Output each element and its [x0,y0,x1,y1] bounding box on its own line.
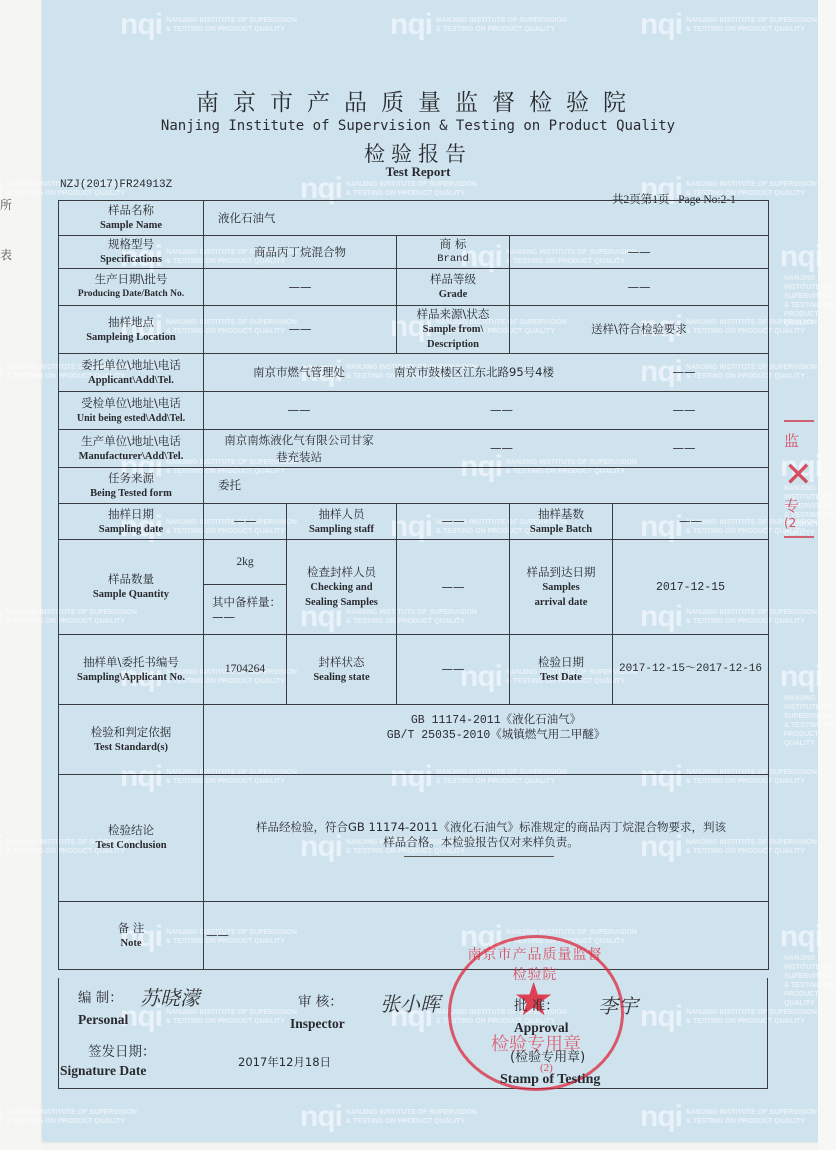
conclusion-underline [404,850,554,857]
value-brand: —— [510,236,769,269]
applicant-address: 南京市鼓楼区江东北路95号4楼 [394,365,609,380]
approval-block: 批 准： Approval [514,994,569,1036]
value-sampling-staff: —— [397,504,510,540]
value-producing-date: —— [204,269,397,306]
manufacturer-unit-line1: 南京南炼液化气有限公司甘家 [204,432,394,449]
value-sampling-date: —— [204,504,287,540]
label-arrival-date: 样品到达日期Samplesarrival date [510,540,613,635]
signature-date-label-en: Signature Date [60,1063,146,1079]
value-sample-name: 液化石油气 [204,201,769,236]
label-applicant: 委托单位\地址\电话Applicant\Add\Tel. [59,354,204,392]
row-sampling-location: 抽样地点Sampleing Location —— 样品来源\状态Sample … [59,306,769,354]
row-conclusion: 检验结论Test Conclusion 样品经检验，符合GB 11174-201… [59,775,769,902]
row-sample-quantity: 样品数量Sample Quantity 2kg 检查封样人员Checking a… [59,540,769,585]
value-sample-from: 送样\符合检验要求 [510,306,769,354]
sig-border-left [58,978,59,1088]
label-grade: 样品等级Grade [397,269,510,306]
signature-date-label-en-wrap: Signature Date [60,1063,146,1079]
standard-item: GB 11174-2011《液化石油气》 [224,713,768,728]
label-unit-tested: 受检单位\地址\电话Unit being ested\Add\Tel. [59,392,204,430]
manufacturer-tel: —— [609,441,759,456]
label-note: 备 注Note [59,902,204,970]
label-test-standards: 检验和判定依据Test Standard(s) [59,705,204,775]
row-specifications: 规格型号Specifications 商品丙丁烷混合物 商 标Brand —— [59,236,769,269]
conclusion-line: 样品经检验，符合GB 11174-2011《液化石油气》标准规定的商品丙丁烷混合… [204,820,758,835]
inspector-label-en: Inspector [290,1016,345,1032]
inspector-label-cn: 审 核： [290,990,345,1010]
label-sample-name: 样品名称Sample Name [59,201,204,236]
side-stamp-text: 专 [784,495,818,516]
signature-date-label-cn: 签发日期： [88,1040,156,1060]
value-sampling-location: —— [204,306,397,354]
personal-block: 编 制： Personal [78,986,128,1028]
value-grade: —— [510,269,769,306]
value-arrival-date: 2017-12-15 [613,540,769,635]
institute-title-cn: 南京市产品质量监督检验院 [0,84,836,117]
label-applicant-no: 抽样单\委托书编号Sampling\Applicant No. [59,635,204,705]
label-test-date: 检验日期Test Date [510,635,613,705]
star-icon: ✕ [784,455,818,495]
personal-label-cn: 编 制： [78,986,128,1006]
manufacturer-address: —— [394,441,609,456]
approval-label-cn: 批 准： [514,994,569,1014]
side-stamp-text: 监 [784,430,818,451]
row-applicant: 委托单位\地址\电话Applicant\Add\Tel. 南京市燃气管理处南京市… [59,354,769,392]
label-brand: 商 标Brand [397,236,510,269]
personal-label-en: Personal [78,1012,128,1028]
unit-tested-unit: —— [204,403,394,418]
signature-date-block: 签发日期： [88,1040,156,1060]
standard-item: GB/T 25035-2010《城镇燃气用二甲醚》 [224,728,768,743]
row-note: 备 注Note —— [59,902,769,970]
value-manufacturer: 南京南炼液化气有限公司甘家巷充装站———— [204,430,769,468]
value-task-source: 委托 [204,468,769,504]
value-sealing-state: —— [397,635,510,705]
label-task-source: 任务来源Being Tested form [59,468,204,504]
row-producing-date: 生产日期\批号Producing Date/Batch No. —— 样品等级G… [59,269,769,306]
applicant-unit: 南京市燃气管理处 [204,365,394,380]
signature-date-value: 2017年12月18日 [238,1054,331,1070]
row-applicant-no: 抽样单\委托书编号Sampling\Applicant No. 1704264 … [59,635,769,705]
label-sealing-state: 封样状态Sealing state [287,635,397,705]
sig-border-right [767,978,768,1088]
margin-char: 所 [0,196,12,213]
unit-tested-address: —— [394,403,609,418]
label-sample-quantity: 样品数量Sample Quantity [59,540,204,635]
applicant-tel: —— [609,365,759,380]
side-stamp: 监 ✕ 专 (2 [784,420,818,570]
unit-tested-tel: —— [609,403,759,418]
value-test-standards: GB 11174-2011《液化石油气》 GB/T 25035-2010《城镇燃… [204,705,769,775]
stamp-label-en: Stamp of Testing [500,1072,600,1088]
label-sampling-location: 抽样地点Sampleing Location [59,306,204,354]
label-manufacturer: 生产单位\地址\电话Manufacturer\Add\Tel. [59,430,204,468]
value-applicant-no: 1704264 [204,635,287,705]
approval-label-en: Approval [514,1020,569,1036]
label-producing-date: 生产日期\批号Producing Date/Batch No. [59,269,204,306]
label-sample-from: 样品来源\状态Sample from\Description [397,306,510,354]
inspector-signature: 张小晖 [380,988,440,1017]
value-sample-batch: —— [613,504,769,540]
report-table: 样品名称Sample Name 液化石油气 规格型号Specifications… [58,200,769,970]
value-specifications: 商品丙丁烷混合物 [204,236,397,269]
value-checking-sealing: —— [397,540,510,635]
row-sampling-date: 抽样日期Sampling date —— 抽样人员Sampling staff … [59,504,769,540]
label-conclusion: 检验结论Test Conclusion [59,775,204,902]
inspector-block: 审 核： Inspector [290,990,345,1032]
value-conclusion: 样品经检验，符合GB 11174-2011《液化石油气》标准规定的商品丙丁烷混合… [204,775,769,902]
label-sample-batch: 抽样基数Sample Batch [510,504,613,540]
row-sample-name: 样品名称Sample Name 液化石油气 [59,201,769,236]
sig-border-bottom [58,1088,768,1089]
manufacturer-unit-line2: 巷充装站 [204,449,394,466]
report-title-en: Test Report [0,164,836,180]
label-specifications: 规格型号Specifications [59,236,204,269]
value-sample-quantity: 2kg [204,540,287,585]
report-number: NZJ(2017)FR24913Z [60,179,172,191]
row-manufacturer: 生产单位\地址\电话Manufacturer\Add\Tel. 南京南炼液化气有… [59,430,769,468]
value-applicant: 南京市燃气管理处南京市鼓楼区江东北路95号4楼—— [204,354,769,392]
institute-title-en: Nanjing Institute of Supervision & Testi… [0,118,836,134]
margin-char: 表 [0,246,12,263]
row-task-source: 任务来源Being Tested form 委托 [59,468,769,504]
label-sampling-staff: 抽样人员Sampling staff [287,504,397,540]
label-checking-sealing: 检查封样人员Checking andSealing Samples [287,540,397,635]
value-unit-tested: —————— [204,392,769,430]
personal-signature: 苏晓濛 [140,982,200,1011]
side-stamp-number: (2 [784,516,818,530]
approval-signature: 李宇 [598,990,638,1019]
row-test-standards: 检验和判定依据Test Standard(s) GB 11174-2011《液化… [59,705,769,775]
row-unit-tested: 受检单位\地址\电话Unit being ested\Add\Tel. ————… [59,392,769,430]
value-test-date: 2017-12-15～2017-12-16 [613,635,769,705]
value-reserve-quantity: 其中备样量：—— [204,585,287,635]
label-sampling-date: 抽样日期Sampling date [59,504,204,540]
conclusion-line: 样品合格。本检验报告仅对来样负责。 [204,835,758,850]
